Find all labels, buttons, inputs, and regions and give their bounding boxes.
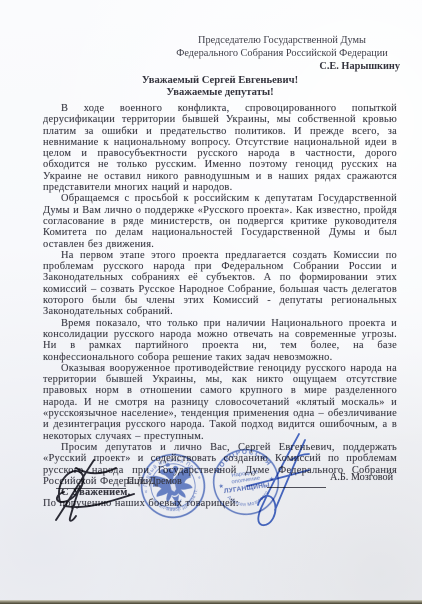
signer-name-right: А.Б. Мозговой [330,472,393,483]
dremov-signature [46,452,146,527]
body-paragraph-3: На первом этапе этого проекта предлагает… [43,250,397,318]
body-paragraph-5: Оказывая вооруженное противодействие ген… [43,363,397,442]
recipient-name: С.Е. Нарышкину [164,61,400,74]
photo-bottom-edge [0,600,422,604]
recipient-block: Председателю Государственной Думы Федера… [164,35,400,74]
letter-photo: Председателю Государственной Думы Федера… [0,0,422,604]
salutation-line-1: Уважаемый Сергей Евгеньевич! [43,75,397,87]
body-paragraph-4: Время показало, что только при наличии Н… [43,318,397,363]
letter-body: В ходе военного конфликта, спровоцирован… [43,103,397,510]
body-paragraph-2: Обращаемся с просьбой к российским к деп… [43,193,397,249]
salutation: Уважаемый Сергей Евгеньевич! Уважаемые д… [43,75,397,100]
body-paragraph-1: В ходе военного конфликта, спровоцирован… [43,103,397,193]
salutation-line-2: Уважаемые депутаты! [43,87,397,99]
mozgovoy-signature [243,430,311,535]
recipient-line-1: Председателю Государственной Думы [164,35,400,48]
signer-name-left: П.Л. Дремов [127,476,182,487]
recipient-line-2: Федерального Собрания Российской Федерац… [164,48,400,61]
